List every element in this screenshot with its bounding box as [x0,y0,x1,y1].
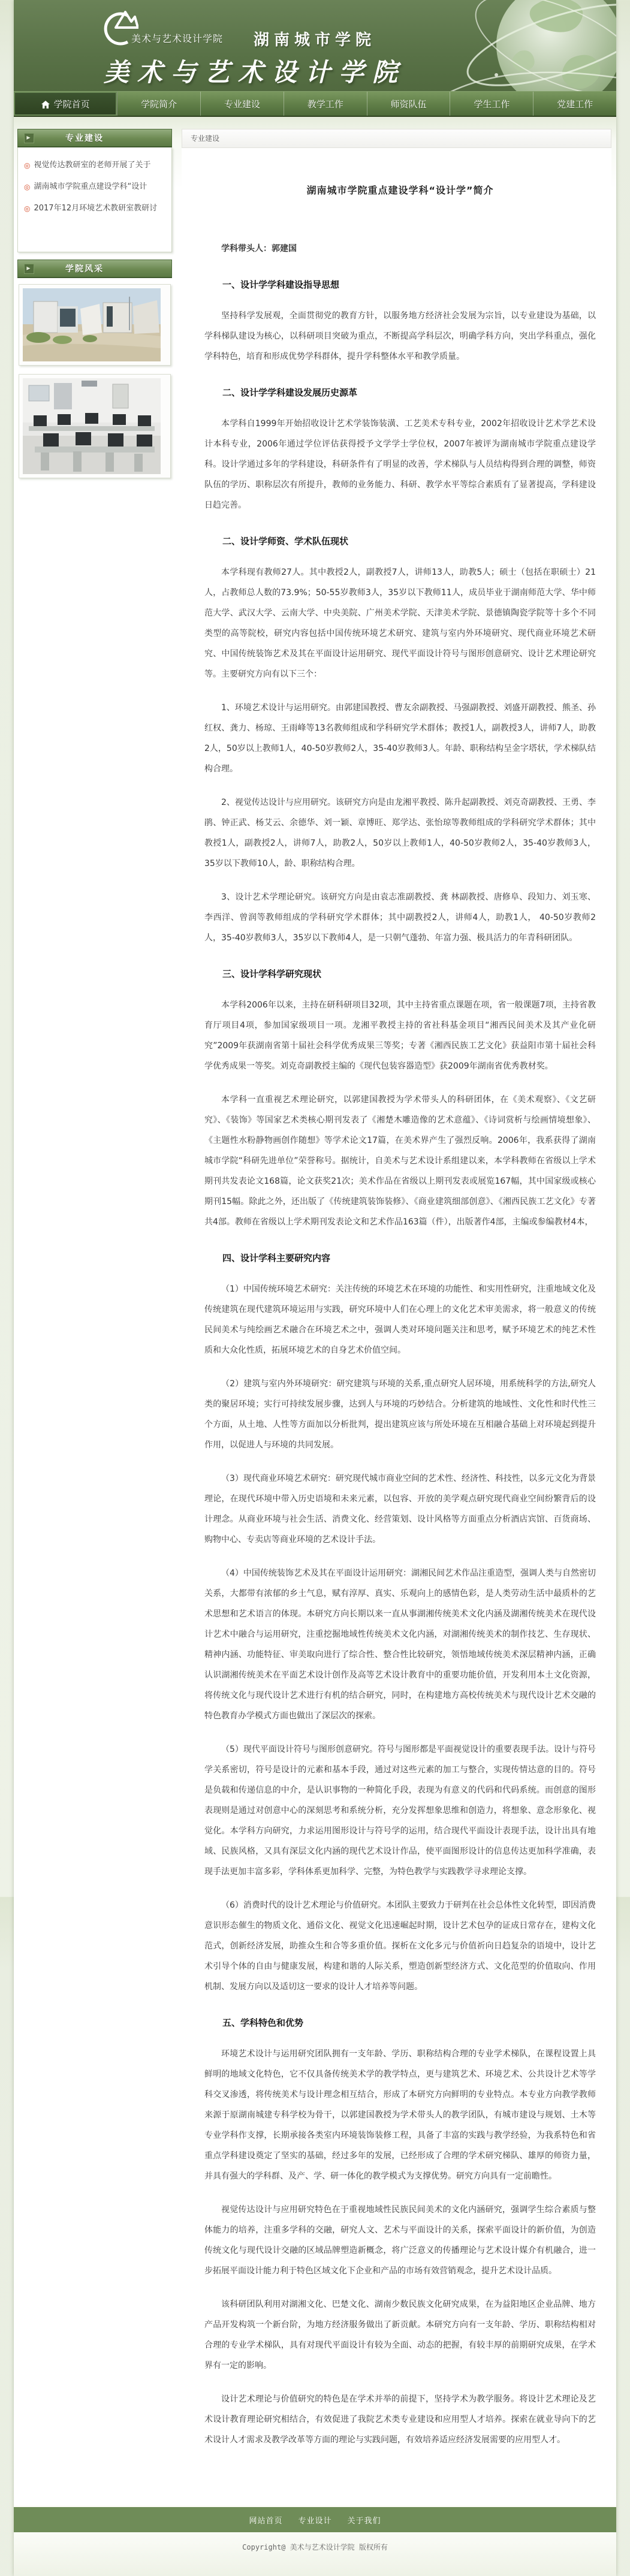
section-heading: 四、设计学科主要研究内容 [204,1248,596,1268]
news-title: 2017年12月环境艺术教研室教研讨 [34,203,157,215]
sidebar-news-link-1[interactable]: ◎湖南城市学院重点建设学科“设计 [23,176,167,198]
paragraph: （5）现代平面设计符号与图形创意研究。符号与图形都是平面视觉设计的重要表现手法。… [204,1739,596,1882]
section-heading: 二、设计学师资、学术队伍现状 [204,531,596,551]
paragraph: 本学科自1999年开始招收设计艺术学装饰装潢、工艺美术专科专业，2002年招收设… [204,414,596,515]
paragraph: 本学科2006年以来，主持在研科研项目32项，其中主持省重点课题在项，省一般课题… [204,995,596,1076]
nav-item-3[interactable]: 教学工作 [284,92,367,116]
paragraph: （2）建筑与室内外环境研究：研究建筑与环境的关系,重点研究人居环境，用系统科学的… [204,1374,596,1455]
sidebar-news-link-2[interactable]: ◎2017年12月环境艺术教研室教研讨 [23,198,167,219]
bullet-icon: ◎ [24,159,30,171]
paragraph: （1）中国传统环境艺术研究：关注传统的环境艺术在环境的功能性、和实用性研究，注重… [204,1279,596,1361]
sidebar-news-list: ◎视觉传达教研室的老师开展了关于◎湖南城市学院重点建设学科“设计◎2017年12… [17,147,172,252]
footer-link-2[interactable]: 关于我们 [348,2514,381,2526]
panel-title: 学院风采 [65,263,104,275]
building-photo[interactable] [19,284,171,366]
paragraph: 环境艺术设计与运用研究团队拥有一支年龄、学历、职称结构合理的专业学术梯队，在课程… [204,2044,596,2186]
page-title: 湖南城市学院重点建设学科“设计学”简介 [204,183,596,197]
paragraph: 3、设计艺术学理论研究。该研究方向是由袁志准副教授、龚 林副教授、唐修阜、段知力… [204,887,596,948]
paragraph: 设计艺术理论与价值研究的特色是在学术并举的前提下，坚持学术为教学服务。将设计艺术… [204,2389,596,2450]
paragraph: 2、视觉传达设计与应用研究。该研究方向是由龙湘平教授、陈升起副教授、刘克奇副教授… [204,792,596,874]
sidebar-panel-professional-construction-header: ▶ 专业建设 [17,129,172,147]
paragraph: 本学科一直重视艺术理论研究，以郭建国教授为学术带头人的科研团体，在《美术观察》、… [204,1090,596,1232]
news-title: 湖南城市学院重点建设学科“设计 [34,181,147,193]
nav-item-label: 学院简介 [141,98,177,110]
college-logo-icon [101,7,138,53]
paragraph: 本学科现有教师27人。其中教授2人，副教授7人，讲师13人，助教5人；硕士（包括… [204,562,596,684]
nav-item-6[interactable]: 党建工作 [533,92,616,116]
nav-item-2[interactable]: 专业建设 [201,92,284,116]
globe-graphic [448,0,616,91]
sidebar: ▶ 专业建设 ◎视觉传达教研室的老师开展了关于◎湖南城市学院重点建设学科“设计◎… [17,129,172,487]
footer-nav: 网站首页专业设计关于我们 [14,2505,616,2532]
section-heading: 二、设计学学科建设发展历史源革 [204,382,596,403]
nav-item-5[interactable]: 学生工作 [450,92,533,116]
main-nav: 学院首页学院简介专业建设教学工作师资队伍学生工作党建工作 [14,91,616,117]
paragraph: （3）现代商业环境艺术研究：研究现代城市商业空间的艺术性、经济性、科技性，以多元… [204,1468,596,1550]
sidebar-panel-college-gallery-header: ▶ 学院风采 [17,260,172,278]
site-header: 美术与艺术设计学院 湖南城市学院 美术与艺术设计学院 [14,0,616,91]
main-column: 专业建设 湖南城市学院重点建设学科“设计学”简介 学科带头人：郭建国一、设计学学… [182,129,611,2487]
nav-item-label: 师资队伍 [391,98,427,110]
university-name: 湖南城市学院 [254,28,376,50]
paragraph: 该科研团队利用对湖湘文化、巴楚文化、湖南少数民族文化研究成果，在为益阳地区企业品… [204,2294,596,2376]
paragraph: 坚持科学发展观，全面贯彻党的教育方针，以服务地方经济社会发展为宗旨，以专业建设为… [204,306,596,367]
college-logo-text: 美术与艺术设计学院 [131,31,223,45]
nav-item-label: 专业建设 [224,98,260,110]
paragraph: 视觉传达设计与应用研究特色在于重视地域性民族民间美术的文化内涵研究，强调学生综合… [204,2200,596,2281]
classroom-photo[interactable] [19,374,171,478]
discipline-leader: 学科带头人：郭建国 [204,239,596,259]
copyright-text: Copyright@ 美术与艺术设计学院 版权所有 [14,2532,616,2576]
college-title: 美术与艺术设计学院 [104,53,406,89]
nav-item-0[interactable]: 学院首页 [14,92,117,116]
section-heading: 五、学科特色和优势 [204,2013,596,2033]
paragraph: （6）消费时代的设计艺术理论与价值研究。本团队主要致力于研判在社会总体性文化转型… [204,1895,596,1997]
news-title: 视觉传达教研室的老师开展了关于 [34,159,150,171]
footer-link-1[interactable]: 专业设计 [298,2514,331,2526]
paragraph: 1、环境艺术设计与运用研究。由郭建国教授、曹友余副教授、马强副教授、刘盛开副教授… [204,698,596,779]
nav-item-label: 党建工作 [557,98,593,110]
nav-item-label: 学生工作 [474,98,510,110]
panel-arrow-icon: ▶ [24,133,34,143]
section-heading: 三、设计学科学研究现状 [204,964,596,984]
article-body: 学科带头人：郭建国一、设计学学科建设指导思想坚持科学发展观，全面贯彻党的教育方针… [204,239,596,2450]
paragraph: （4）中国传统装饰艺术及其在平面设计运用研究：湖湘民间艺术作品注重造型，强调人类… [204,1563,596,1726]
home-icon [41,100,50,108]
nav-item-label: 教学工作 [308,98,343,110]
nav-item-label: 学院首页 [54,98,90,110]
footer-link-0[interactable]: 网站首页 [249,2514,282,2526]
page: 美术与艺术设计学院 湖南城市学院 美术与艺术设计学院 学院首页学院简介专业建设教… [14,0,616,2576]
bullet-icon: ◎ [24,181,30,193]
content-area: ▶ 专业建设 ◎视觉传达教研室的老师开展了关于◎湖南城市学院重点建设学科“设计◎… [14,117,616,2505]
breadcrumb: 专业建设 [182,129,611,148]
nav-item-1[interactable]: 学院简介 [117,92,201,116]
bullet-icon: ◎ [24,203,30,215]
article: 湖南城市学院重点建设学科“设计学”简介 学科带头人：郭建国一、设计学学科建设指导… [182,148,611,2487]
nav-item-4[interactable]: 师资队伍 [367,92,451,116]
sidebar-news-link-0[interactable]: ◎视觉传达教研室的老师开展了关于 [23,155,167,176]
panel-title: 专业建设 [65,132,104,144]
panel-arrow-icon: ▶ [24,264,34,274]
section-heading: 一、设计学学科建设指导思想 [204,275,596,295]
